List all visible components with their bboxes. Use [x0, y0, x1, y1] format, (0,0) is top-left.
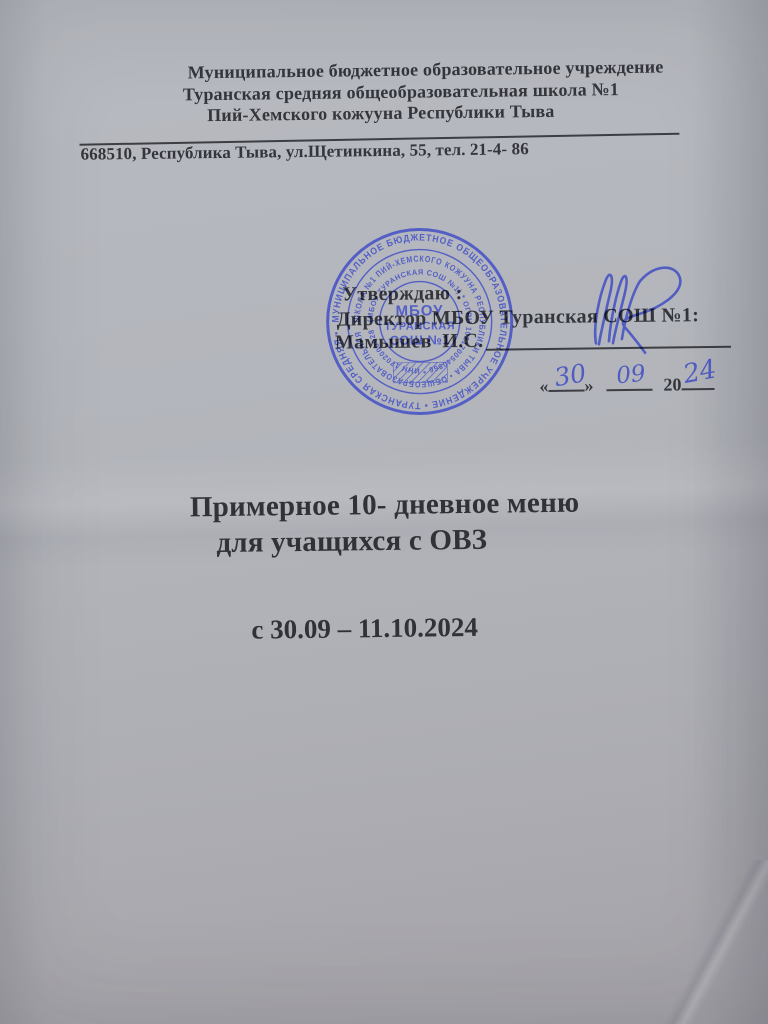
date-month-blank: 09	[606, 374, 652, 392]
org-name-line3: Пий-Хемского кожууна Республики Тыва	[207, 101, 555, 126]
org-address-line: 668510, Республика Тыва, ул.Щетинкина, 5…	[80, 139, 528, 164]
stamp-security-box	[393, 362, 447, 383]
date-century-typed: 20	[663, 374, 681, 394]
handwritten-month: 09	[615, 361, 647, 390]
document-title-line2: для учащихся с ОВЗ	[216, 524, 487, 560]
document-photo: Муниципальное бюджетное образовательное …	[0, 0, 768, 1024]
date-year-blank: 24	[681, 373, 714, 390]
director-signature-scribble	[567, 258, 688, 359]
date-open-quote: «	[539, 376, 548, 396]
handwritten-day: 30	[552, 358, 588, 392]
stamp-center-line2: ТУРАНСКАЯ	[384, 320, 455, 333]
stamp-center-line1: МБОУ	[395, 302, 443, 320]
document-page: Муниципальное бюджетное образовательное …	[0, 0, 768, 1024]
stamp-center-text: МБОУ ТУРАНСКАЯ СОШ №1	[384, 302, 455, 348]
approval-date-row: «30»092024	[539, 373, 714, 397]
document-title-line1: Примерное 10- дневное меню	[190, 487, 580, 525]
document-period: с 30.09 – 11.10.2024	[251, 612, 478, 646]
handwritten-year: 24	[681, 354, 719, 390]
stamp-center-line3: СОШ №1	[390, 332, 451, 348]
date-day-blank: 30	[548, 375, 584, 392]
official-stamp: МУНИЦИПАЛЬНОЕ БЮДЖЕТНОЕ ОБЩЕОБРАЗОВАТЕЛЬ…	[316, 218, 522, 424]
